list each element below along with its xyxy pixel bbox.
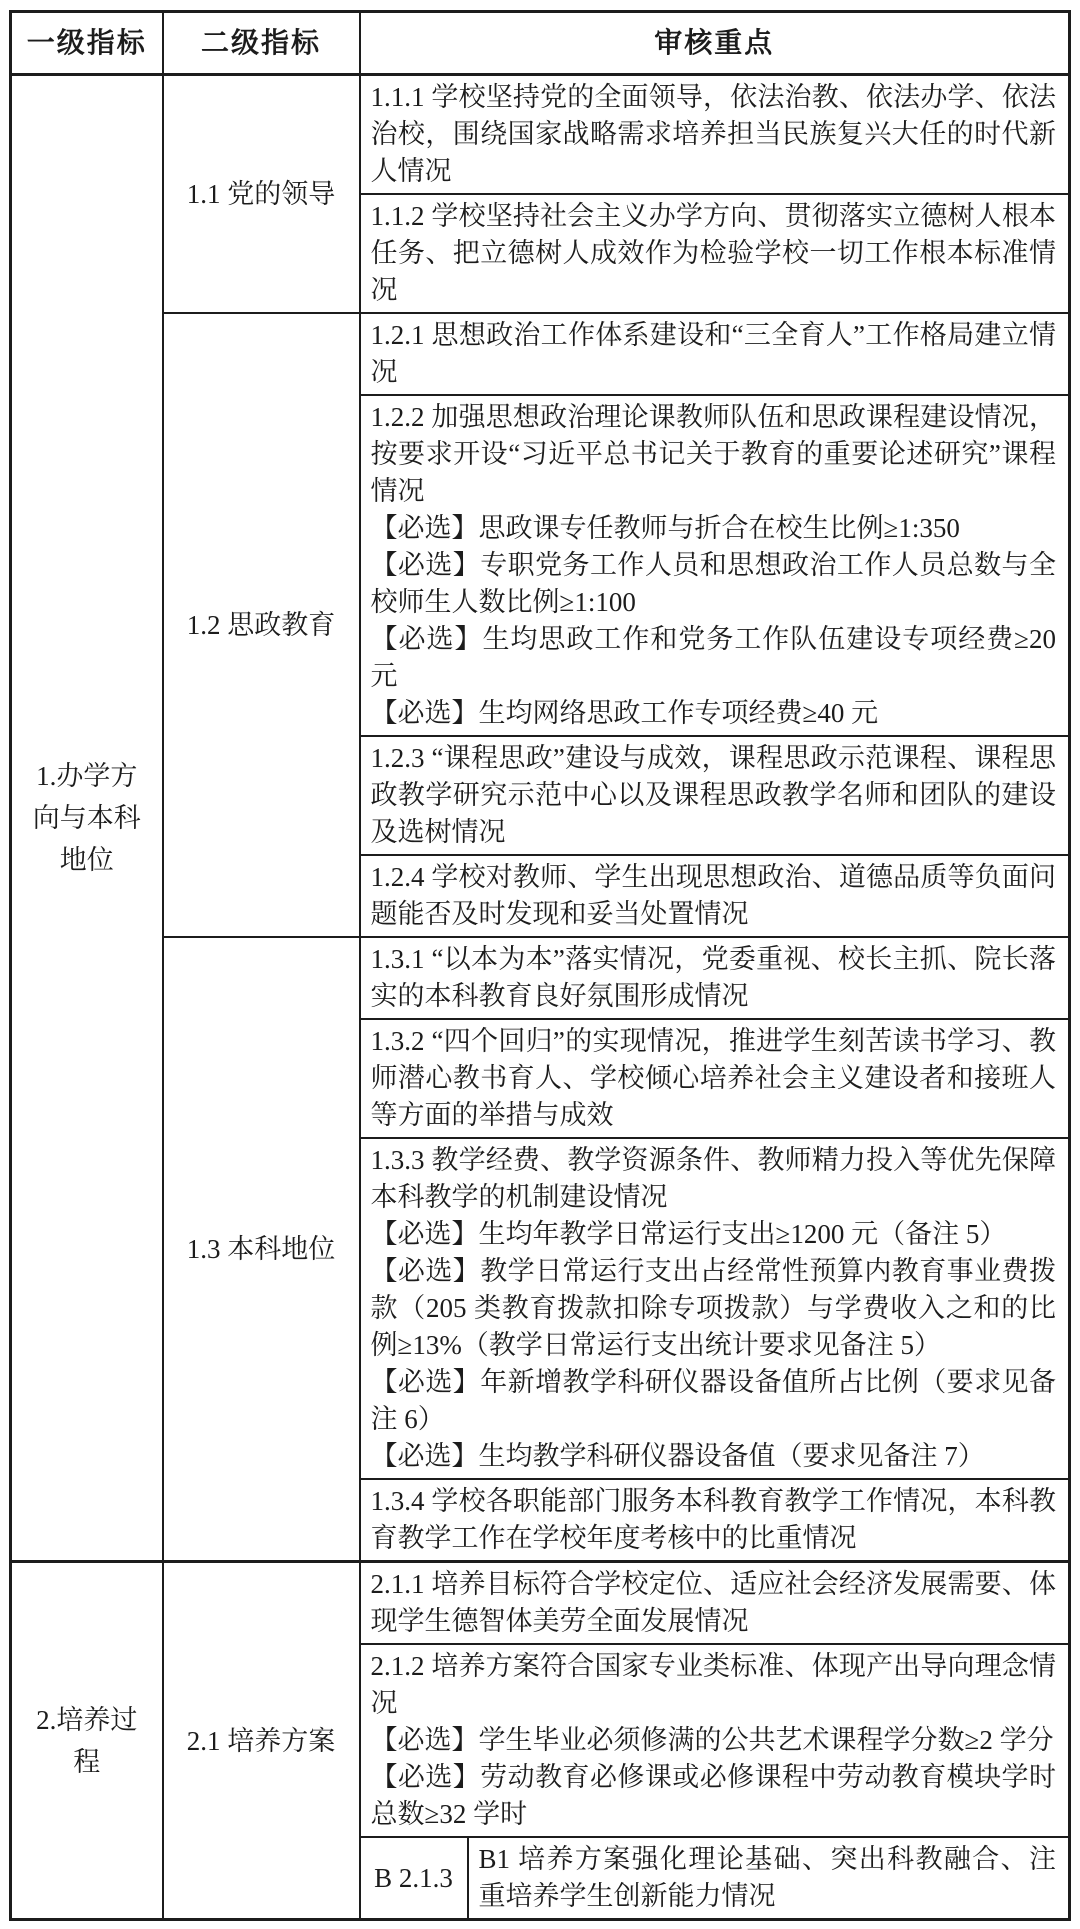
paragraph: 1.1.2 学校坚持社会主义办学方向、贯彻落实立德树人根本任务、把立德树人成效作… bbox=[371, 198, 1057, 309]
paragraph: 1.1.1 学校坚持党的全面领导，依法治教、依法办学、依法治校，围绕国家战略需求… bbox=[371, 79, 1057, 190]
level1-cell-group1: 1.办学方向与本科地位 bbox=[11, 75, 163, 1562]
item-cell-1-2-3: 1.2.3 “课程思政”建设与成效，课程思政示范课程、课程思政教学研究示范中心以… bbox=[360, 736, 1070, 855]
item-cell-1-2-1: 1.2.1 思想政治工作体系建设和“三全育人”工作格局建立情况 bbox=[360, 313, 1070, 395]
paragraph: 【必选】专职党务工作人员和思想政治工作人员总数与全校师生人数比例≥1:100 bbox=[371, 547, 1057, 621]
header-review-focus: 审核重点 bbox=[360, 12, 1070, 75]
paragraph: 【必选】劳动教育必修课或必修课程中劳动教育模块学时总数≥32 学时 bbox=[371, 1759, 1057, 1833]
paragraph: 【必选】生均年教学日常运行支出≥1200 元（备注 5） bbox=[371, 1216, 1057, 1253]
item-cell-1-3-1: 1.3.1 “以本为本”落实情况，党委重视、校长主抓、院长落实的本科教育良好氛围… bbox=[360, 937, 1070, 1019]
table-row: 2.培养过程 2.1 培养方案 2.1.1 培养目标符合学校定位、适应社会经济发… bbox=[11, 1562, 1070, 1645]
paragraph: 2.1.1 培养目标符合学校定位、适应社会经济发展需要、体现学生德智体美劳全面发… bbox=[371, 1566, 1057, 1640]
paragraph: 2.1.2 培养方案符合国家专业类标准、体现产出导向理念情况 bbox=[371, 1648, 1057, 1722]
item-cell-2-1-2: 2.1.2 培养方案符合国家专业类标准、体现产出导向理念情况【必选】学生毕业必须… bbox=[360, 1644, 1070, 1837]
table-row: 1.3 本科地位 1.3.1 “以本为本”落实情况，党委重视、校长主抓、院长落实… bbox=[11, 937, 1070, 1019]
paragraph: 【必选】年新增教学科研仪器设备值所占比例（要求见备注 6） bbox=[371, 1364, 1057, 1438]
table-row: 1.办学方向与本科地位 1.1 党的领导 1.1.1 学校坚持党的全面领导，依法… bbox=[11, 75, 1070, 195]
item-cell-1-3-2: 1.3.2 “四个回归”的实现情况，推进学生刻苦读书学习、教师潜心教书育人、学校… bbox=[360, 1019, 1070, 1138]
item-cell-1-3-4: 1.3.4 学校各职能部门服务本科教育教学工作情况，本科教育教学工作在学校年度考… bbox=[360, 1479, 1070, 1562]
indicator-table: 一级指标 二级指标 审核重点 1.办学方向与本科地位 1.1 党的领导 1.1.… bbox=[9, 10, 1071, 1921]
paragraph: 【必选】思政课专任教师与折合在校生比例≥1:350 bbox=[371, 510, 1057, 547]
item-cell-1-1-1: 1.1.1 学校坚持党的全面领导，依法治教、依法办学、依法治校，围绕国家战略需求… bbox=[360, 75, 1070, 195]
paragraph: 1.2.4 学校对教师、学生出现思想政治、道德品质等负面问题能否及时发现和妥当处… bbox=[371, 859, 1057, 933]
item-cell-1-2-4: 1.2.4 学校对教师、学生出现思想政治、道德品质等负面问题能否及时发现和妥当处… bbox=[360, 855, 1070, 937]
paragraph: 1.3.1 “以本为本”落实情况，党委重视、校长主抓、院长落实的本科教育良好氛围… bbox=[371, 941, 1057, 1015]
level2-cell-2-1: 2.1 培养方案 bbox=[163, 1562, 360, 1920]
paragraph: 1.2.3 “课程思政”建设与成效，课程思政示范课程、课程思政教学研究示范中心以… bbox=[371, 740, 1057, 851]
document-page: 一级指标 二级指标 审核重点 1.办学方向与本科地位 1.1 党的领导 1.1.… bbox=[0, 0, 1080, 1929]
paragraph: 1.2.2 加强思想政治理论课教师队伍和思政课程建设情况，按要求开设“习近平总书… bbox=[371, 399, 1057, 510]
paragraph: 1.3.2 “四个回归”的实现情况，推进学生刻苦读书学习、教师潜心教书育人、学校… bbox=[371, 1023, 1057, 1134]
level2-cell-1-2: 1.2 思政教育 bbox=[163, 313, 360, 937]
paragraph: 【必选】生均思政工作和党务工作队伍建设专项经费≥20 元 bbox=[371, 621, 1057, 695]
paragraph: 【必选】生均网络思政工作专项经费≥40 元 bbox=[371, 695, 1057, 732]
header-level1-indicator: 一级指标 bbox=[11, 12, 163, 75]
paragraph: B1 培养方案强化理论基础、突出科教融合、注重培养学生创新能力情况 bbox=[479, 1841, 1057, 1915]
paragraph: 【必选】教学日常运行支出占经常性预算内教育事业费拨款（205 类教育拨款扣除专项… bbox=[371, 1253, 1057, 1364]
item-cell-1-2-2: 1.2.2 加强思想政治理论课教师队伍和思政课程建设情况，按要求开设“习近平总书… bbox=[360, 395, 1070, 736]
item-code-b-2-1-3: B 2.1.3 bbox=[361, 1838, 469, 1918]
level1-cell-group2: 2.培养过程 bbox=[11, 1562, 163, 1920]
item-cell-1-1-2: 1.1.2 学校坚持社会主义办学方向、贯彻落实立德树人根本任务、把立德树人成效作… bbox=[360, 194, 1070, 313]
split-row-b-2-1-3: B 2.1.3 B1 培养方案强化理论基础、突出科教融合、注重培养学生创新能力情… bbox=[361, 1838, 1069, 1918]
paragraph: 【必选】生均教学科研仪器设备值（要求见备注 7） bbox=[371, 1438, 1057, 1475]
paragraph: 【必选】学生毕业必须修满的公共艺术课程学分数≥2 学分 bbox=[371, 1722, 1057, 1759]
paragraph: 1.3.3 教学经费、教学资源条件、教师精力投入等优先保障本科教学的机制建设情况 bbox=[371, 1142, 1057, 1216]
paragraph: 1.3.4 学校各职能部门服务本科教育教学工作情况，本科教育教学工作在学校年度考… bbox=[371, 1483, 1057, 1557]
item-cell-2-1-1: 2.1.1 培养目标符合学校定位、适应社会经济发展需要、体现学生德智体美劳全面发… bbox=[360, 1562, 1070, 1645]
header-level2-indicator: 二级指标 bbox=[163, 12, 360, 75]
table-row: 1.2 思政教育 1.2.1 思想政治工作体系建设和“三全育人”工作格局建立情况 bbox=[11, 313, 1070, 395]
item-cell-b-2-1-3: B 2.1.3 B1 培养方案强化理论基础、突出科教融合、注重培养学生创新能力情… bbox=[360, 1837, 1070, 1920]
level2-cell-1-3: 1.3 本科地位 bbox=[163, 937, 360, 1562]
item-cell-1-3-3: 1.3.3 教学经费、教学资源条件、教师精力投入等优先保障本科教学的机制建设情况… bbox=[360, 1138, 1070, 1479]
level2-cell-1-1: 1.1 党的领导 bbox=[163, 75, 360, 314]
item-text-b1: B1 培养方案强化理论基础、突出科教融合、注重培养学生创新能力情况 bbox=[469, 1838, 1069, 1918]
paragraph: 1.2.1 思想政治工作体系建设和“三全育人”工作格局建立情况 bbox=[371, 317, 1057, 391]
header-row: 一级指标 二级指标 审核重点 bbox=[11, 12, 1070, 75]
